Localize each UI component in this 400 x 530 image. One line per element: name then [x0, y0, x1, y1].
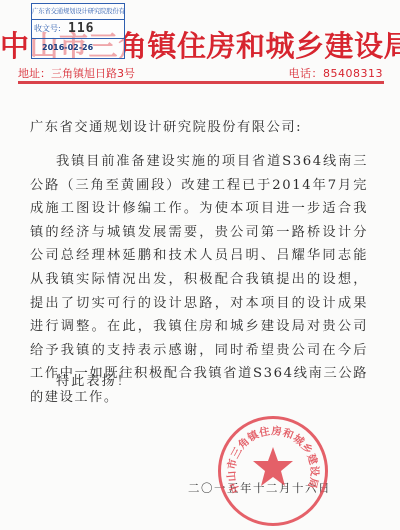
stamp-org: 广东省交通规划设计研究院股份有限公司: [32, 4, 124, 20]
stamp-number: 116: [68, 21, 94, 36]
stamp-date: 2016-02-26: [32, 39, 124, 57]
closing: 特此表扬！: [56, 370, 132, 389]
star-icon: [251, 445, 295, 489]
letterhead-phone: 电话：85408313: [289, 65, 384, 81]
official-seal: 中山市三角镇住房和城乡建设局: [218, 416, 328, 526]
letterhead-divider: [18, 81, 384, 84]
receipt-stamp: 广东省交通规划设计研究院股份有限公司 收文号: 116 2016-02-26: [31, 3, 125, 59]
salutation: 广东省交通规划设计研究院股份有限公司:: [30, 116, 302, 135]
letterhead-address: 地址：三角镇旭日路3号: [18, 65, 135, 81]
